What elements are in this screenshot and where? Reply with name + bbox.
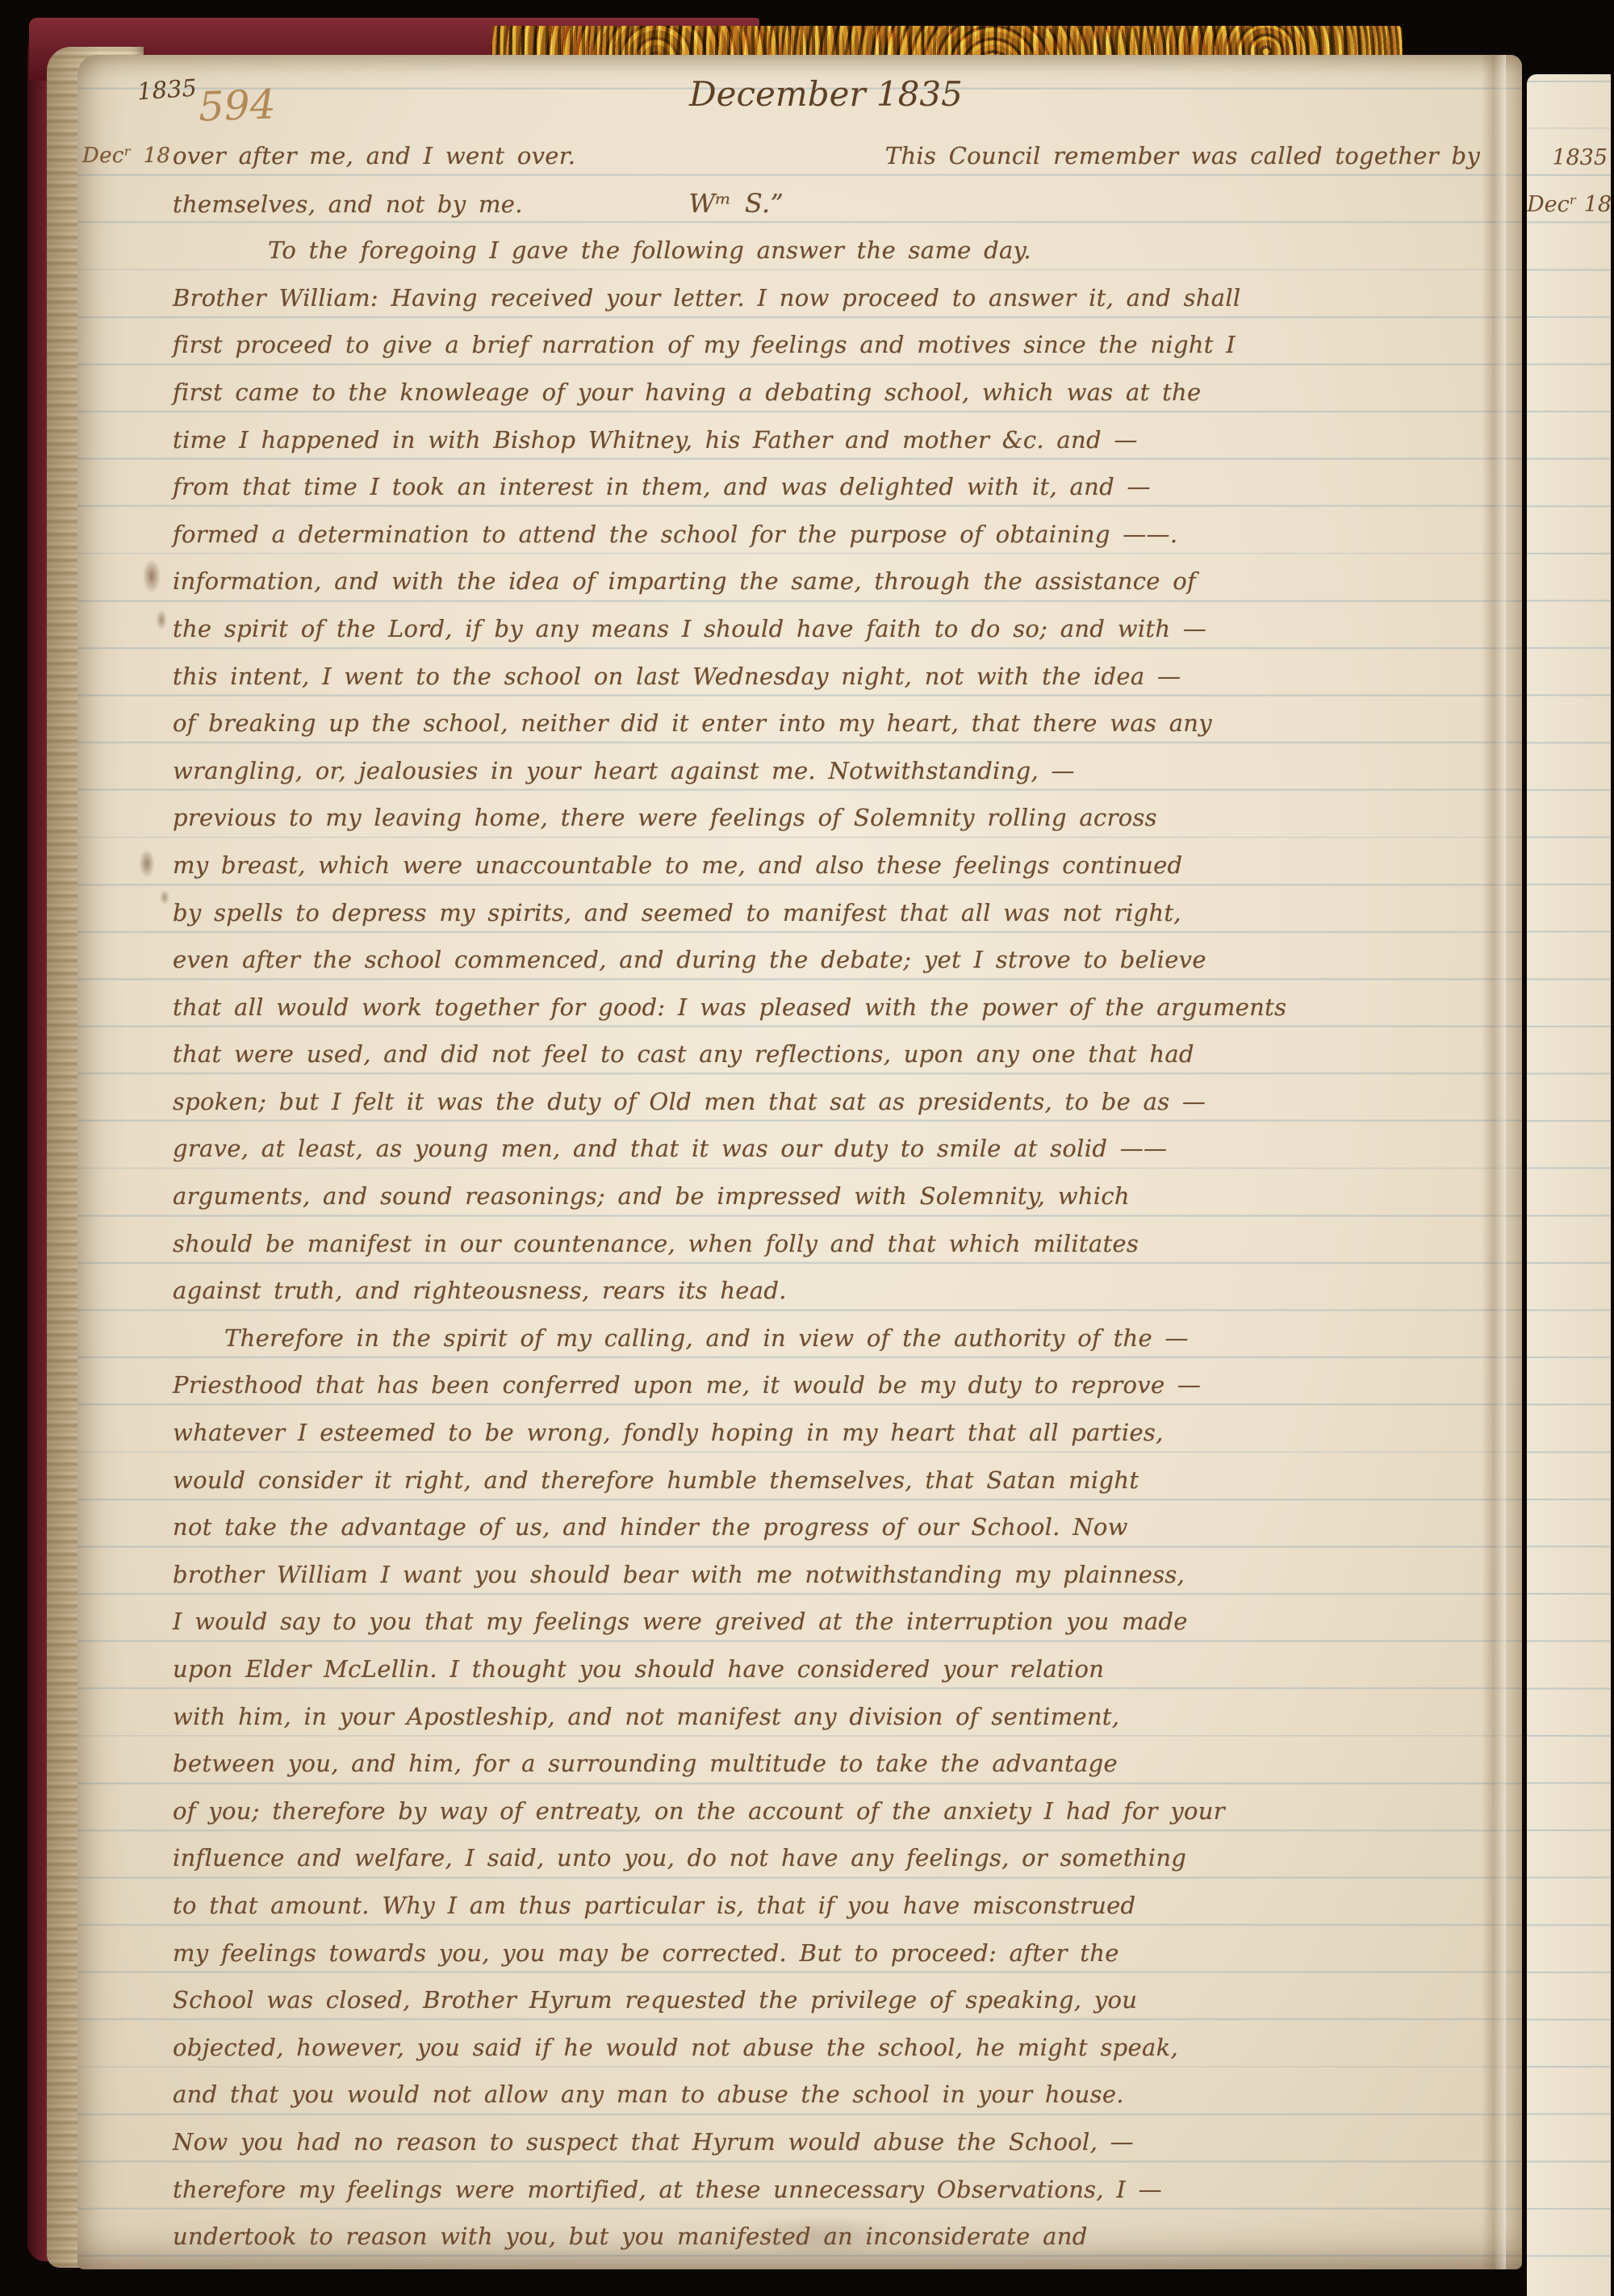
entry-line-3: To the foregoing I gave the following an… [173, 227, 1486, 274]
letter-line: not take the advantage of us, and hinder… [173, 1503, 1486, 1551]
letter-line: whatever I esteemed to be wrong, fondly … [173, 1409, 1486, 1457]
letter-line: first came to the knowleage of your havi… [173, 369, 1486, 416]
page-year-note: 1835 [136, 73, 198, 105]
entry-line-1-left: over after me, and I went over. [173, 132, 575, 180]
entry-line-2: themselves, and not by me. Wᵐ S.” [173, 180, 1486, 228]
letter-line: School was closed, Brother Hyrum request… [173, 1976, 1486, 2024]
signature-initials: Wᵐ S.” [688, 188, 784, 219]
letter-line: and that you would not allow any man to … [173, 2071, 1486, 2118]
letter-line: my feelings towards you, you may be corr… [173, 1930, 1486, 1977]
next-page-margin-date: Decʳ 18 [1527, 192, 1612, 217]
letter-line: time I happened in with Bishop Whitney, … [173, 416, 1486, 464]
letter-line: arguments, and sound reasonings; and be … [173, 1173, 1486, 1220]
letter-line: formed a determination to attend the sch… [173, 511, 1486, 558]
next-page-year-note: 1835 [1552, 145, 1608, 170]
letter-line: with him, in your Apostleship, and not m… [173, 1693, 1486, 1741]
letter-line: to that amount. Why I am thus particular… [173, 1882, 1486, 1930]
letter-line: wrangling, or, jealousies in your heart … [173, 747, 1486, 795]
entry-line-1-right: This Council remember was called togethe… [885, 132, 1486, 180]
journal-page: 1835 594 December 1835 Decʳ 18 over afte… [77, 55, 1522, 2269]
letter-line: upon Elder McLellin. I thought you shoul… [173, 1646, 1486, 1693]
manuscript-text: Decʳ 18 over after me, and I went over. … [173, 132, 1486, 2260]
page-title: December 1835 [689, 74, 963, 114]
letter-line: from that time I took an interest in the… [173, 463, 1486, 511]
letter-line: that all would work together for good: I… [173, 984, 1486, 1031]
letter-line: should be manifest in our countenance, w… [173, 1220, 1486, 1268]
letter-line: first proceed to give a brief narration … [173, 321, 1486, 369]
letter-line: would consider it right, and therefore h… [173, 1457, 1486, 1504]
letter-line: I would say to you that my feelings were… [173, 1598, 1486, 1646]
letter-line: Brother William: Having received your le… [173, 274, 1486, 322]
letter-line: of breaking up the school, neither did i… [173, 700, 1486, 747]
letter-line: therefore my feelings were mortified, at… [173, 2166, 1486, 2214]
letter-line: my breast, which were unaccountable to m… [173, 842, 1486, 889]
letter-line: previous to my leaving home, there were … [173, 794, 1486, 842]
page-number: 594 [198, 81, 276, 130]
letter-line: of you; therefore by way of entreaty, on… [173, 1788, 1486, 1835]
letter-line: information, and with the idea of impart… [173, 558, 1486, 605]
letter-line: even after the school commenced, and dur… [173, 936, 1486, 984]
letter-line: spoken; but I felt it was the duty of Ol… [173, 1078, 1486, 1126]
letter-line: grave, at least, as young men, and that … [173, 1125, 1486, 1173]
entry-line-2-left: themselves, and not by me. [173, 190, 523, 218]
letter-line: the spirit of the Lord, if by any means … [173, 605, 1486, 653]
entry-line-1: Decʳ 18 over after me, and I went over. … [173, 132, 1486, 180]
entry-line-3-text: To the foregoing I gave the following an… [268, 236, 1031, 264]
letter-line: by spells to depress my spirits, and see… [173, 889, 1486, 937]
letter-line: Now you had no reason to suspect that Hy… [173, 2118, 1486, 2166]
letter-line: objected, however, you said if he would … [173, 2024, 1486, 2072]
letter-line: undertook to reason with you, but you ma… [173, 2213, 1486, 2260]
margin-date-note: Decʳ 18 [82, 132, 170, 180]
letter-line: this intent, I went to the school on las… [173, 653, 1486, 701]
letter-line: Priesthood that has been conferred upon … [173, 1361, 1486, 1409]
letter-line: that were used, and did not feel to cast… [173, 1031, 1486, 1078]
letter-line: brother William I want you should bear w… [173, 1551, 1486, 1599]
next-page-edge: 1835 Decʳ 18 [1527, 74, 1611, 2296]
letter-line: between you, and him, for a surrounding … [173, 1740, 1486, 1788]
letter-line: Therefore in the spirit of my calling, a… [173, 1315, 1486, 1362]
letter-line: against truth, and righteousness, rears … [173, 1267, 1486, 1315]
letter-line: influence and welfare, I said, unto you,… [173, 1834, 1486, 1882]
